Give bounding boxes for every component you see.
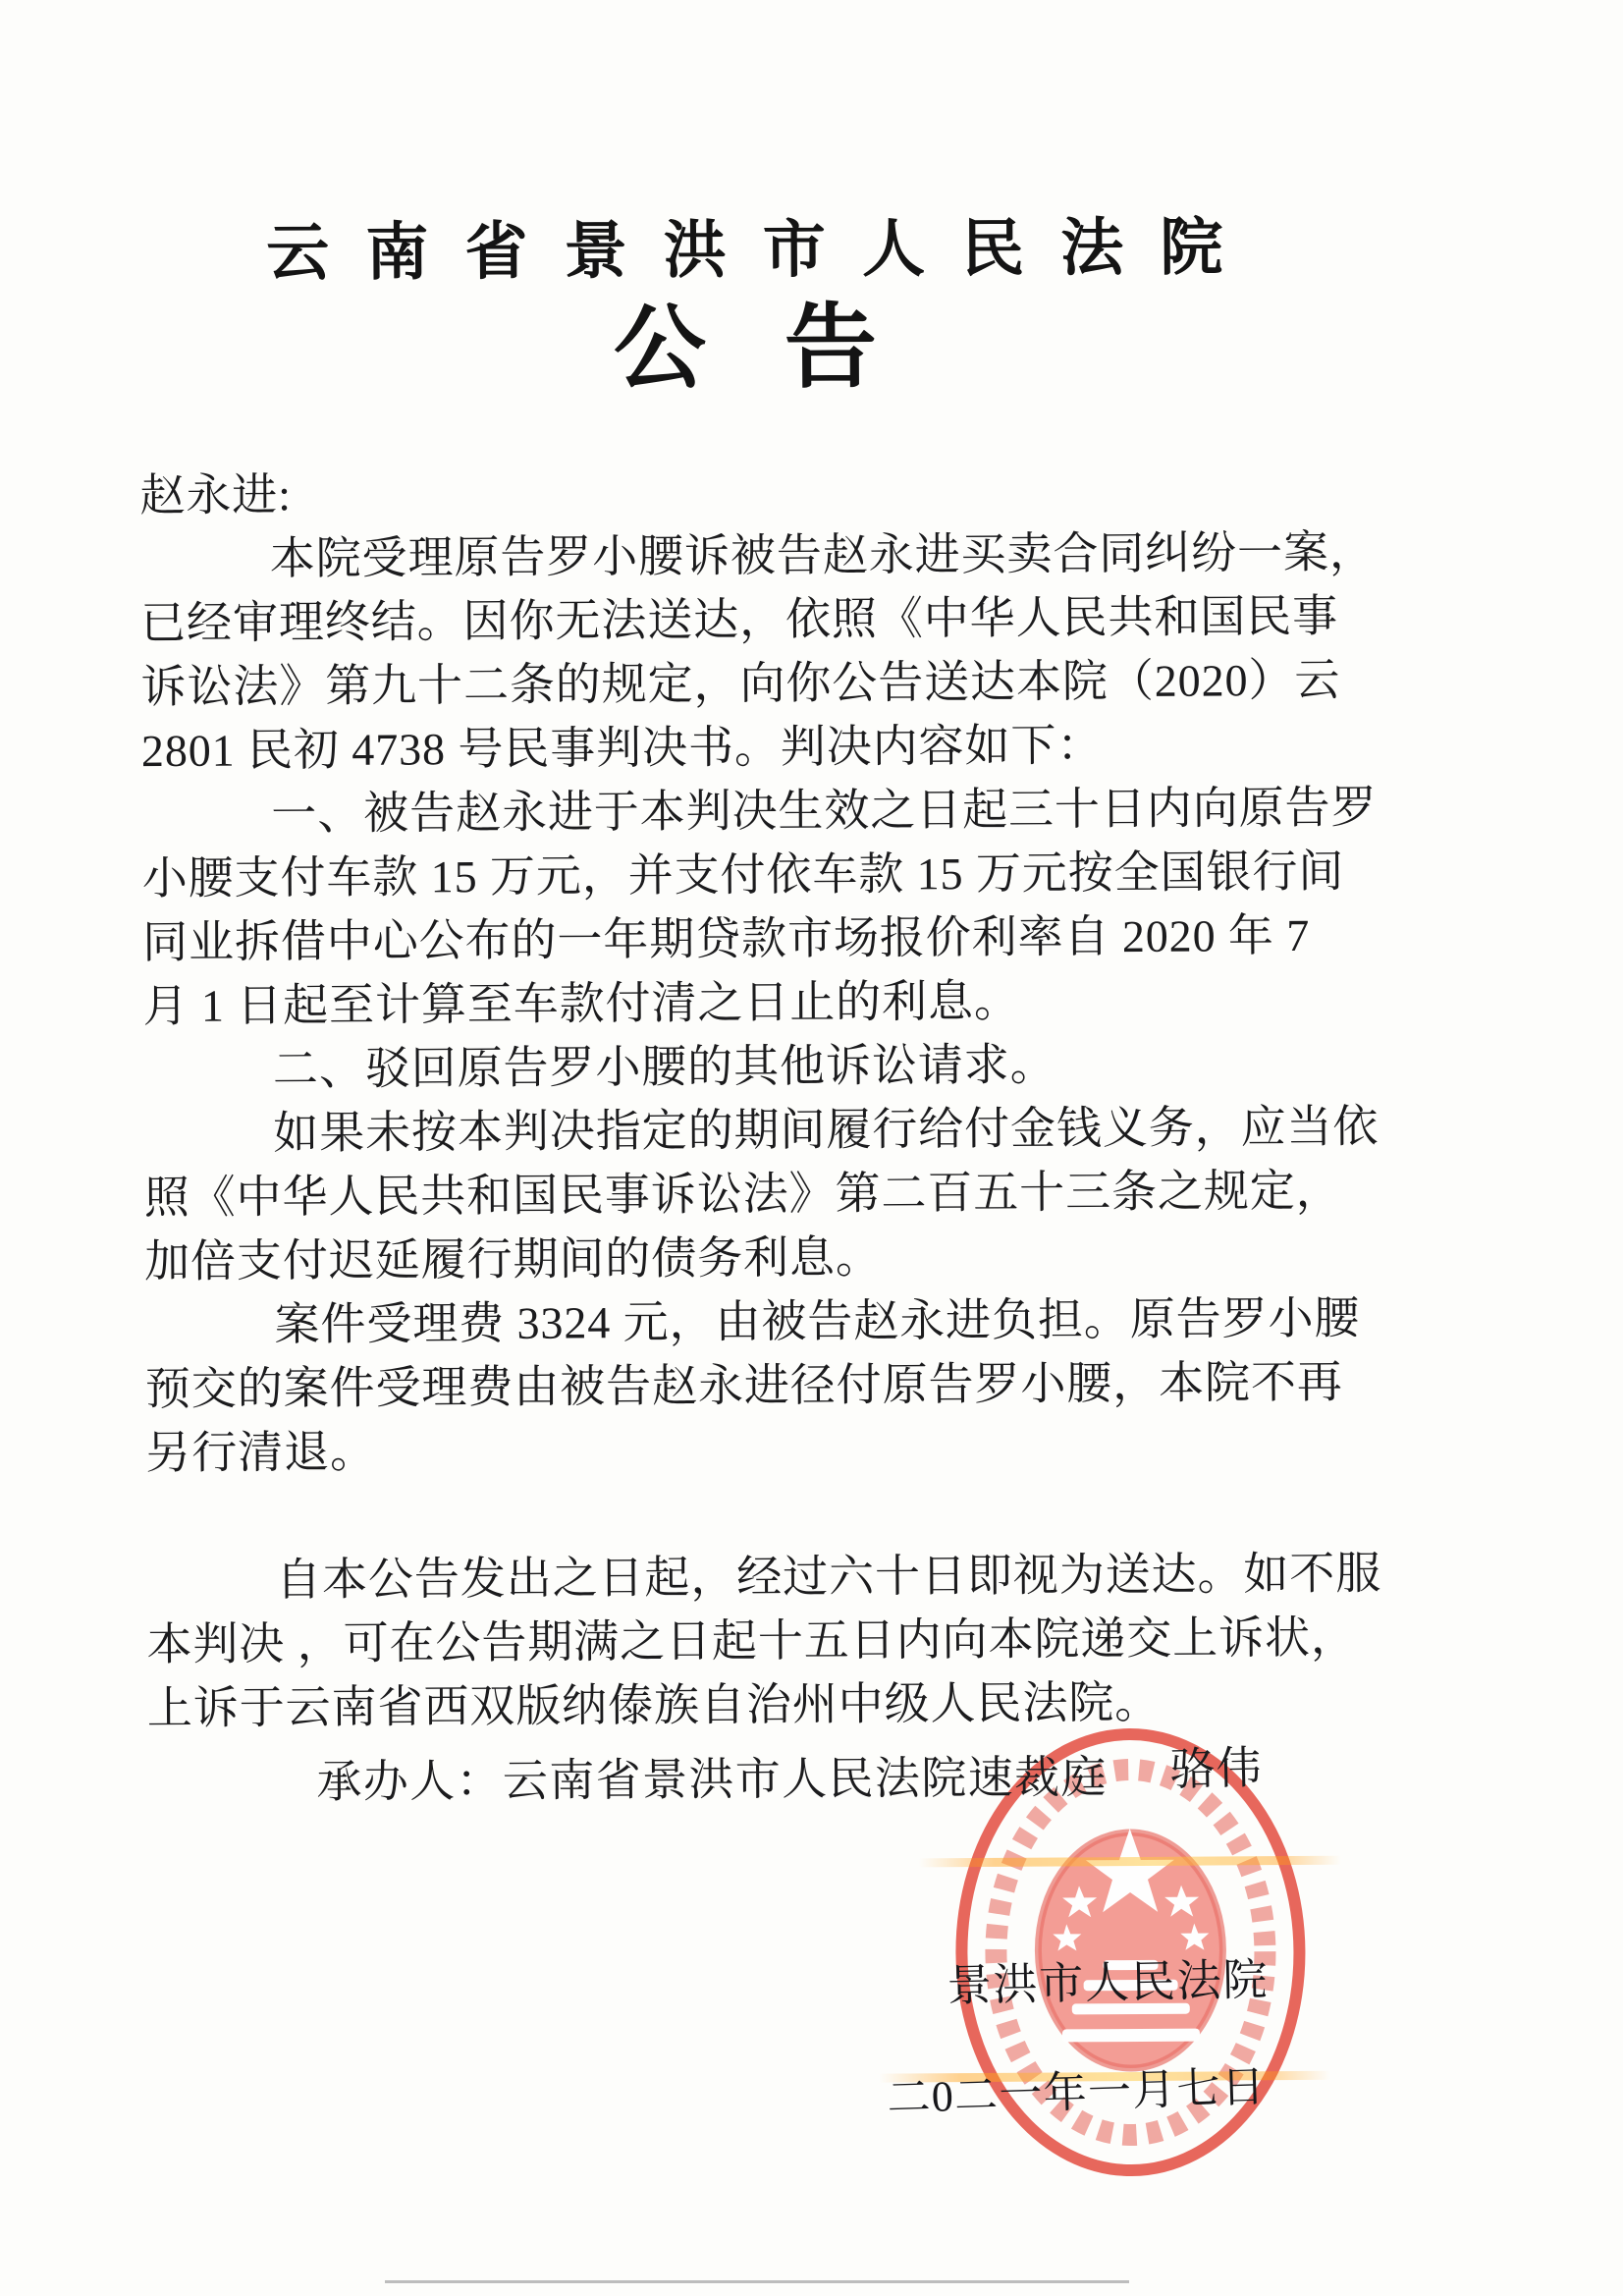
body-line: 已经审理终结。因你无法送达，依照《中华人民共和国民事 (140, 584, 1358, 656)
scan-edge-artifact (385, 2280, 1129, 2283)
body-line: 另行清退。 (145, 1414, 1363, 1486)
body-line: 本院受理原告罗小腰诉被告赵永进买卖合同纠纷一案， (140, 520, 1358, 592)
body-line: 诉讼法》第九十二条的规定，向你公告送达本院（2020）云 (140, 648, 1358, 720)
body-line: 自本公告发出之日起，经过六十日即视为送达。如不服 (146, 1542, 1364, 1613)
issuing-court-name: 景洪市人民法院 (947, 1943, 1270, 2014)
document-content: 云南省景洪市人民法院 公告 赵永进: 本院受理原告罗小腰诉被告赵永进买卖合同纠纷… (0, 0, 1623, 2296)
announcement-title: 公告 (138, 290, 1352, 408)
signature-block: 承办人：云南省景洪市人民法院速裁庭骆伟 (147, 1747, 1365, 1814)
document-page: 云南省景洪市人民法院 公告 赵永进: 本院受理原告罗小腰诉被告赵永进买卖合同纠纷… (0, 0, 1623, 2296)
body-line: 2801 民初 4738 号民事判决书。判决内容如下： (141, 712, 1359, 784)
salutation-line: 赵永进: (139, 457, 1357, 528)
handler-line: 承办人：云南省景洪市人民法院速裁庭骆伟 (147, 1747, 1365, 1814)
blank-line (146, 1478, 1364, 1550)
body-line: 月 1 日起至计算至车款付清之日止的利息。 (142, 967, 1360, 1039)
handler-text: 承办人：云南省景洪市人民法院速裁庭 (316, 1752, 1108, 1807)
body-line: 案件受理费 3324 元，由被告赵永进负担。原告罗小腰 (144, 1286, 1362, 1358)
body-line: 本判决 ，可在公告期满之日起十五日内向本院递交上诉状， (146, 1606, 1364, 1677)
body-line: 二、驳回原告罗小腰的其他诉讼请求。 (143, 1031, 1361, 1103)
body-line: 照《中华人民共和国民事诉讼法》第二百五十三条之规定， (144, 1159, 1362, 1230)
body-line: 加倍支付迟延履行期间的债务利息。 (144, 1223, 1362, 1294)
body-line: 如果未按本判决指定的期间履行给付金钱义务，应当依 (143, 1095, 1361, 1167)
announcement-body: 赵永进: 本院受理原告罗小腰诉被告赵永进买卖合同纠纷一案， 已经审理终结。因你无… (139, 457, 1365, 1741)
body-line: 预交的案件受理费由被告赵永进径付原告罗小腰，本院不再 (145, 1350, 1363, 1422)
body-line: 一、被告赵永进于本判决生效之日起三十日内向原告罗 (141, 776, 1359, 847)
court-title: 云南省景洪市人民法院 (138, 205, 1351, 296)
body-line: 小腰支付车款 15 万元，并支付依车款 15 万元按全国银行间 (142, 840, 1360, 911)
issue-date: 二0二一年一月七日 (886, 2050, 1267, 2125)
body-line: 同业拆借中心公布的一年期贷款市场报价利率自 2020 年 7 (142, 903, 1360, 975)
handler-name: 骆伟 (1169, 1738, 1264, 1799)
